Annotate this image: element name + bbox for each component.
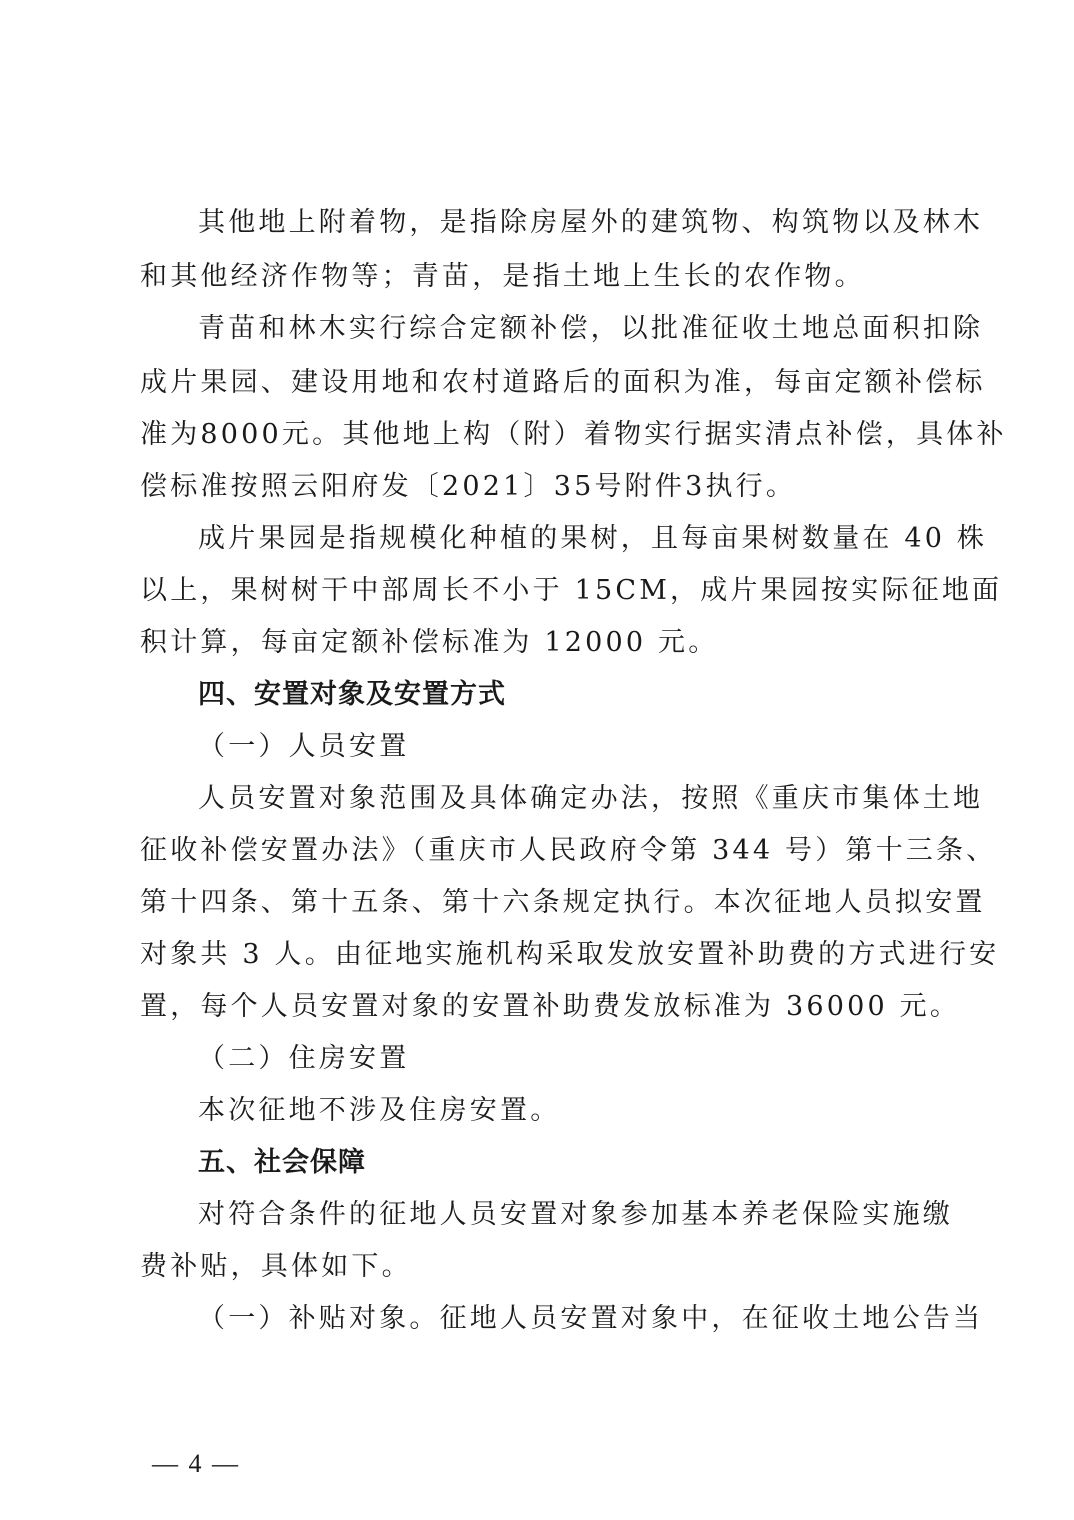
page-number: — 4 — [152,1448,240,1480]
paragraph-line: 置，每个人员安置对象的安置补助费发放标准为 36000 元。 [140,990,940,1024]
section-heading: 四、安置对象及安置方式 [198,678,940,712]
paragraph-line: 青苗和林木实行综合定额补偿，以批准征收土地总面积扣除 [198,312,940,346]
paragraph-line: 准为8000元。其他地上构（附）着物实行据实清点补偿，具体补 [140,418,940,452]
paragraph-line: 对象共 3 人。由征地实施机构采取发放安置补助费的方式进行安 [140,938,940,972]
paragraph-line: 第十四条、第十五条、第十六条规定执行。本次征地人员拟安置 [140,886,940,920]
section-heading: 五、社会保障 [198,1146,940,1180]
paragraph-line: 积计算，每亩定额补偿标准为 12000 元。 [140,626,940,660]
paragraph-line: 成片果园、建设用地和农村道路后的面积为准，每亩定额补偿标 [140,366,940,400]
paragraph-line: （一）人员安置 [198,730,940,764]
paragraph-line: （二）住房安置 [198,1042,940,1076]
paragraph-line: 其他地上附着物，是指除房屋外的建筑物、构筑物以及林木 [198,206,940,240]
paragraph-line: 本次征地不涉及住房安置。 [198,1094,940,1128]
paragraph-line: （一）补贴对象。征地人员安置对象中，在征收土地公告当 [198,1302,940,1336]
paragraph-line: 征收补偿安置办法》（重庆市人民政府令第 344 号）第十三条、 [140,834,940,868]
paragraph-line: 费补贴，具体如下。 [140,1250,940,1284]
paragraph-line: 以上，果树树干中部周长不小于 15CM，成片果园按实际征地面 [140,574,940,608]
paragraph-line: 和其他经济作物等；青苗，是指土地上生长的农作物。 [140,260,940,294]
paragraph-line: 偿标准按照云阳府发〔2021〕35号附件3执行。 [140,470,940,504]
document-page: 其他地上附着物，是指除房屋外的建筑物、构筑物以及林木和其他经济作物等；青苗，是指… [0,0,1074,1520]
paragraph-line: 人员安置对象范围及具体确定办法，按照《重庆市集体土地 [198,782,940,816]
paragraph-line: 对符合条件的征地人员安置对象参加基本养老保险实施缴 [198,1198,940,1232]
paragraph-line: 成片果园是指规模化种植的果树，且每亩果树数量在 40 株 [198,522,940,556]
